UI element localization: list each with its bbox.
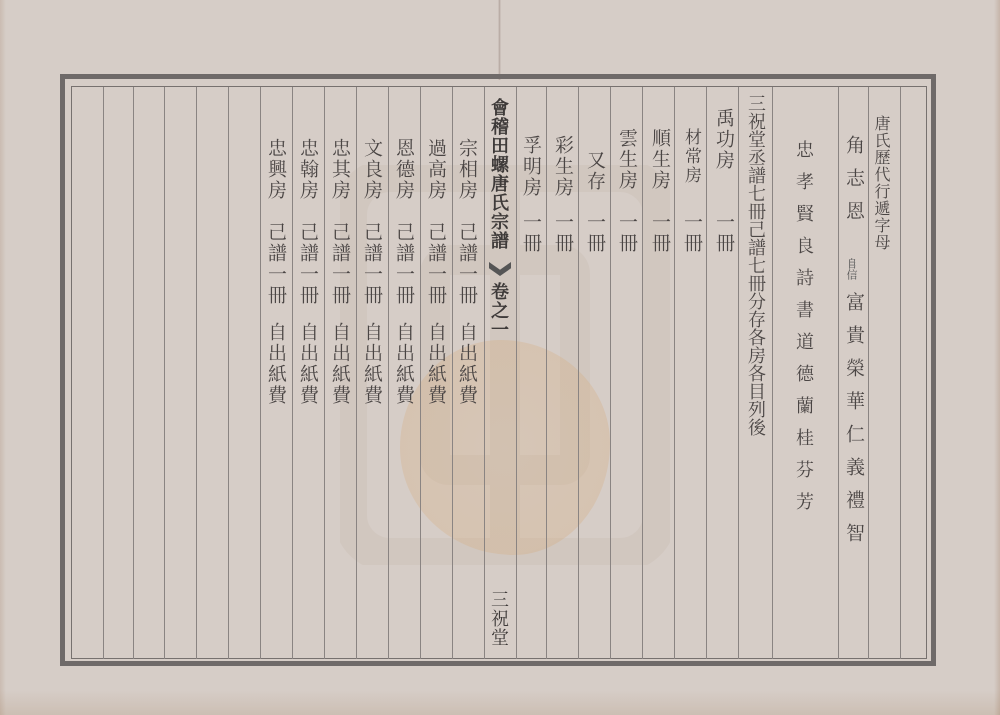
generation-line-1-part-a: 角志恩 [844,135,863,234]
column-rule [610,87,611,659]
branch-name: 材常房 [682,128,699,185]
generation-small-note: 𨸏信 [843,258,859,280]
generation-line-1-part-b: 富貴榮華仁義禮智 [844,292,863,556]
volume-label: 卷之一 [489,282,507,339]
branch-copies: 己譜一冊 [457,222,476,306]
column-rule [260,87,261,659]
branch-copies: 己譜一冊 [298,222,317,306]
branch-note: 自出紙費 [426,322,445,406]
generation-header: 唐氏歷代行遞字母 [873,115,889,251]
column-rule [452,87,453,659]
branch-copies: 己譜一冊 [266,222,285,306]
column-rule [674,87,675,659]
branch-name: 宗相房 [457,138,476,201]
column-rule [900,87,901,659]
branch-name: 文良房 [362,138,381,201]
column-rule [164,87,165,659]
branch-name: 忠翰房 [298,138,317,201]
branch-copies: 一冊 [521,212,540,254]
column-rule [516,87,517,659]
column-rule [838,87,839,659]
branch-note: 自出紙費 [457,322,476,406]
column-rule [133,87,134,659]
column-rule [578,87,579,659]
branch-name: 順生房 [650,128,669,191]
branch-copies: 一冊 [617,212,636,254]
branch-note: 自出紙費 [330,322,349,406]
branch-name: 彩生房 [553,135,572,198]
column-rule [228,87,229,659]
column-rule [484,87,485,659]
column-rule [103,87,104,659]
column-rule [420,87,421,659]
column-rule [868,87,869,659]
branch-copies: 一冊 [650,212,669,254]
generation-line-2: 忠孝賢良詩書道德蘭桂芬芳 [794,140,812,524]
column-rule [706,87,707,659]
column-rule [642,87,643,659]
branch-name: 禹功房 [714,108,733,171]
column-rule [738,87,739,659]
branch-note: 自出紙費 [298,322,317,406]
branch-name: 恩德房 [394,138,413,201]
branch-name: 又存 [585,150,604,192]
column-rule [546,87,547,659]
branch-copies: 一冊 [714,212,733,254]
branch-copies: 己譜一冊 [426,222,445,306]
branch-note: 自出紙費 [394,322,413,406]
column-rule [196,87,197,659]
column-rule [356,87,357,659]
column-rule [292,87,293,659]
hall-name: 三祝堂 [489,590,507,647]
branch-name: 孚明房 [521,135,540,198]
branch-copies: 一冊 [585,212,604,254]
branch-copies: 一冊 [553,212,572,254]
center-fold [498,0,501,80]
column-rule [388,87,389,659]
branch-copies: 己譜一冊 [362,222,381,306]
column-rule [772,87,773,659]
branch-copies: 己譜一冊 [330,222,349,306]
column-rule [324,87,325,659]
distribution-header: 三祝堂丞譜七冊己譜七冊分存各房各目列後 [746,94,764,436]
branch-name: 雲生房 [617,128,636,191]
branch-name: 忠興房 [266,138,285,201]
branch-name: 過高房 [426,138,445,201]
branch-copies: 己譜一冊 [394,222,413,306]
branch-note: 自出紙費 [266,322,285,406]
branch-name: 忠其房 [330,138,349,201]
branch-note: 自出紙費 [362,322,381,406]
branch-copies: 一冊 [682,212,701,254]
book-title: 會稽田螺唐氏宗譜 [489,98,507,250]
